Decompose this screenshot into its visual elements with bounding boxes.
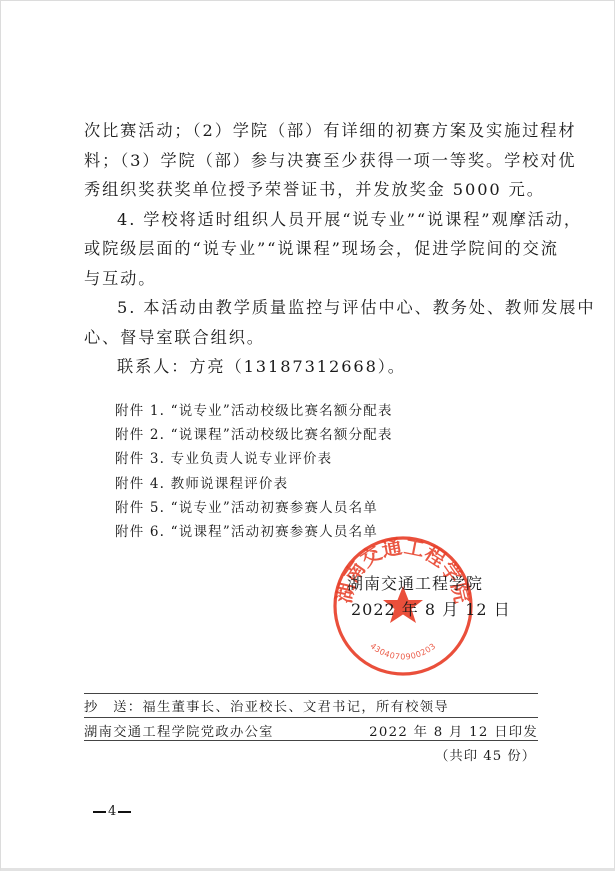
issuer-row: 湖南交通工程学院党政办公室 2022 年 8 月 12 日印发 xyxy=(84,721,538,740)
attachment-item: 附件 1. “说专业”活动校级比赛名额分配表 xyxy=(115,399,393,423)
paragraph-line: 心、督导室联合组织。 xyxy=(84,323,540,353)
page-number: 4 xyxy=(93,804,131,819)
paragraph-line: 4. 学校将适时组织人员开展“说专业”“说课程”观摩活动， xyxy=(84,205,540,235)
signature-organization: 湖南交通工程学院 xyxy=(347,571,483,594)
paragraph-line: 秀组织奖获奖单位授予荣誉证书，并发放奖金 5000 元。 xyxy=(84,175,540,205)
footer-divider-bottom xyxy=(84,740,538,741)
attachment-item: 附件 2. “说课程”活动校级比赛名额分配表 xyxy=(115,423,393,447)
paragraph-line: 次比赛活动；（2）学院（部）有详细的初赛方案及实施过程材 xyxy=(84,116,540,146)
svg-text:4304070900203: 4304070900203 xyxy=(368,641,437,661)
page-number-value: 4 xyxy=(108,804,116,819)
print-copies: （共印 45 份） xyxy=(435,745,536,764)
footer-divider-top xyxy=(84,693,538,694)
attachment-item: 附件 5. “说专业”活动初赛参赛人员名单 xyxy=(115,496,393,520)
paragraph-line: 料；（3）学院（部）参与决赛至少获得一项一等奖。学校对优 xyxy=(84,146,540,176)
issuer-name: 湖南交通工程学院党政办公室 xyxy=(84,725,274,740)
cc-label: 抄 送： xyxy=(84,700,142,715)
paragraph-line: 与互动。 xyxy=(84,264,540,294)
attachment-item: 附件 4. 教师说课程评价表 xyxy=(115,472,393,496)
cc-recipients: 福生董事长、治亚校长、文君书记，所有校领导 xyxy=(142,700,449,715)
dash-right xyxy=(118,811,131,813)
cc-row: 抄 送：福生董事长、治亚校长、文君书记，所有校领导 xyxy=(84,696,538,715)
dash-left xyxy=(93,811,106,813)
attachment-item: 附件 3. 专业负责人说专业评价表 xyxy=(115,447,393,471)
body-text: 次比赛活动；（2）学院（部）有详细的初赛方案及实施过程材 料；（3）学院（部）参… xyxy=(84,116,540,382)
signature-date: 2022 年 8 月 12 日 xyxy=(351,597,511,620)
paragraph-line: 或院级层面的“说专业”“说课程”现场会，促进学院间的交流 xyxy=(84,234,540,264)
paragraph-line: 5. 本活动由教学质量监控与评估中心、教务处、教师发展中 xyxy=(84,293,540,323)
footer-divider-middle xyxy=(84,717,538,718)
contact-line: 联系人：方亮（13187312668）。 xyxy=(84,352,540,382)
issue-date: 2022 年 8 月 12 日印发 xyxy=(369,721,538,740)
document-page: 次比赛活动；（2）学院（部）有详细的初赛方案及实施过程材 料；（3）学院（部）参… xyxy=(0,0,615,871)
attachments-list: 附件 1. “说专业”活动校级比赛名额分配表 附件 2. “说课程”活动校级比赛… xyxy=(115,399,393,544)
